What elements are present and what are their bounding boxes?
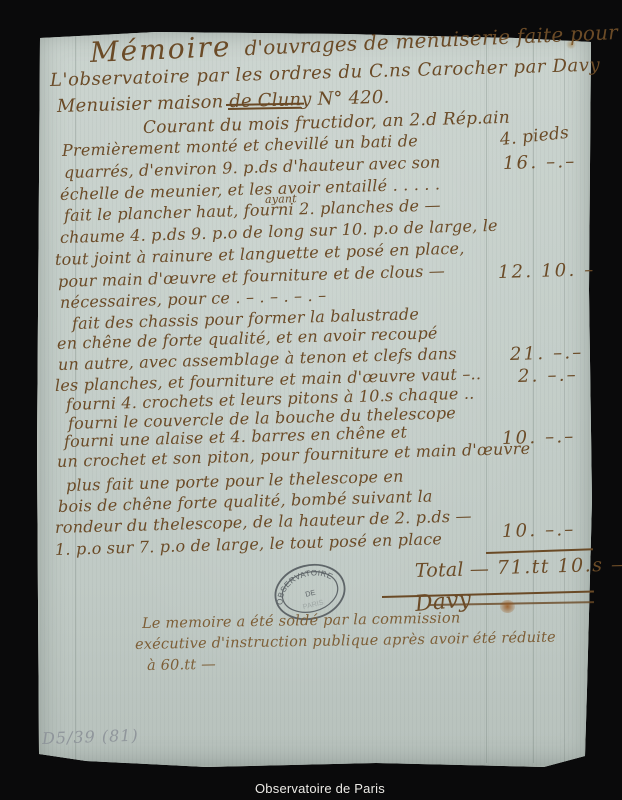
stamp-text-top: OBSERVATOIRE [269, 563, 339, 607]
ink-stain [500, 600, 515, 613]
price-value: 10. –.– [502, 519, 576, 542]
ruled-line-price-column [486, 33, 487, 763]
price-value: 21. –.– [510, 342, 584, 365]
photo-caption: Observatoire de Paris [255, 781, 385, 796]
price-value: 10. –.– [502, 426, 576, 449]
stamp-text-middle: DE [304, 588, 316, 599]
title-word: Mémoire [89, 30, 232, 69]
price-value: 16. –.– [503, 151, 577, 174]
price-value: 2. –.– [518, 364, 578, 387]
paper-stain [566, 40, 576, 49]
photo-frame: Mémoire d'ouvrages de menuiserie faite p… [0, 0, 622, 800]
total-value: 71.tt 10.s — [497, 553, 622, 579]
archive-ref-pencil: D5/39 (81) [42, 726, 139, 748]
payment-note-line: à 60.tt — [147, 657, 216, 674]
price-value: 12. 10. – [498, 259, 596, 283]
total-label: Total — [415, 558, 490, 582]
svg-text:OBSERVATOIRE: OBSERVATOIRE [269, 563, 339, 607]
